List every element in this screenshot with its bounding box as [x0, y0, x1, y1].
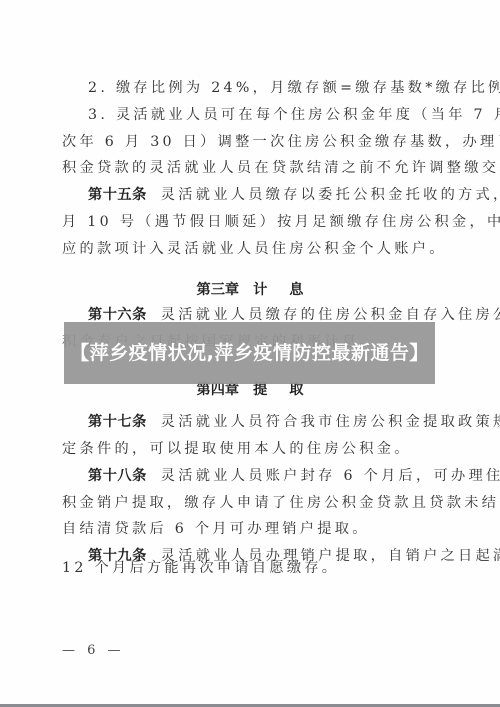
paragraph-line: 次年 6 月 30 日）调整一次住房公积金缴存基数，办理了住房公: [62, 133, 434, 151]
title-banner: 【萍乡疫情状况,萍乡疫情防控最新通告】: [64, 322, 435, 384]
chapter-heading-3: 第三章计息: [0, 281, 500, 299]
paragraph-line: 2. 缴存比例为 24%，月缴存额=缴存基数*缴存比例；: [88, 79, 434, 97]
paragraph-line: 定条件的，可以提取使用本人的住房公积金。: [62, 440, 434, 458]
paragraph-line: 积金贷款的灵活就业人员在贷款结清之前不允许调整缴交基数。: [62, 159, 434, 177]
paragraph-line: 月 10 号（遇节假日顺延）按月足额缴存住房公积金，中心将相: [62, 213, 434, 231]
paragraph-line: 自结清贷款后 6 个月可办理销户提取。: [62, 520, 434, 538]
article-label: 第十五条: [88, 187, 147, 203]
paragraph-line: 积金销户提取，缴存人申请了住房公积金贷款且贷款未结清的，: [62, 494, 434, 512]
article-15: 第十五条灵活就业人员缴存以委托公积金托收的方式，每: [88, 186, 434, 204]
article-text: 灵活就业人员缴存的住房公积金自存入住房公: [161, 307, 500, 323]
chapter-word: 计: [253, 282, 267, 298]
article-text: 灵活就业人员账户封存 6 个月后，可办理住房公: [161, 468, 500, 484]
paragraph-line: 12 个月后方能再次申请自愿缴存。: [62, 559, 434, 577]
article-text: 灵活就业人员缴存以委托公积金托收的方式，每: [161, 187, 500, 203]
page-number: — 6 —: [62, 643, 125, 659]
article-label: 第十七条: [88, 414, 147, 430]
article-label: 第十八条: [88, 468, 147, 484]
article-label: 第十六条: [88, 307, 147, 323]
banner-title: 【萍乡疫情状况,萍乡疫情防控最新通告】: [70, 341, 430, 366]
chapter-prefix: 第四章: [197, 382, 240, 398]
paragraph-line: 3. 灵活就业人员可在每个住房公积金年度（当年 7 月 1 日至: [88, 106, 434, 124]
article-text: 灵活就业人员符合我市住房公积金提取政策规: [161, 414, 500, 430]
article-18: 第十八条灵活就业人员账户封存 6 个月后，可办理住房公: [88, 467, 434, 485]
chapter-word: 息: [289, 282, 303, 298]
article-17: 第十七条灵活就业人员符合我市住房公积金提取政策规: [88, 413, 434, 431]
chapter-prefix: 第三章: [197, 282, 240, 298]
paragraph-line: 应的款项计入灵活就业人员住房公积金个人账户。: [62, 240, 434, 258]
chapter-word: 提: [253, 382, 267, 398]
chapter-word: 取: [289, 382, 303, 398]
